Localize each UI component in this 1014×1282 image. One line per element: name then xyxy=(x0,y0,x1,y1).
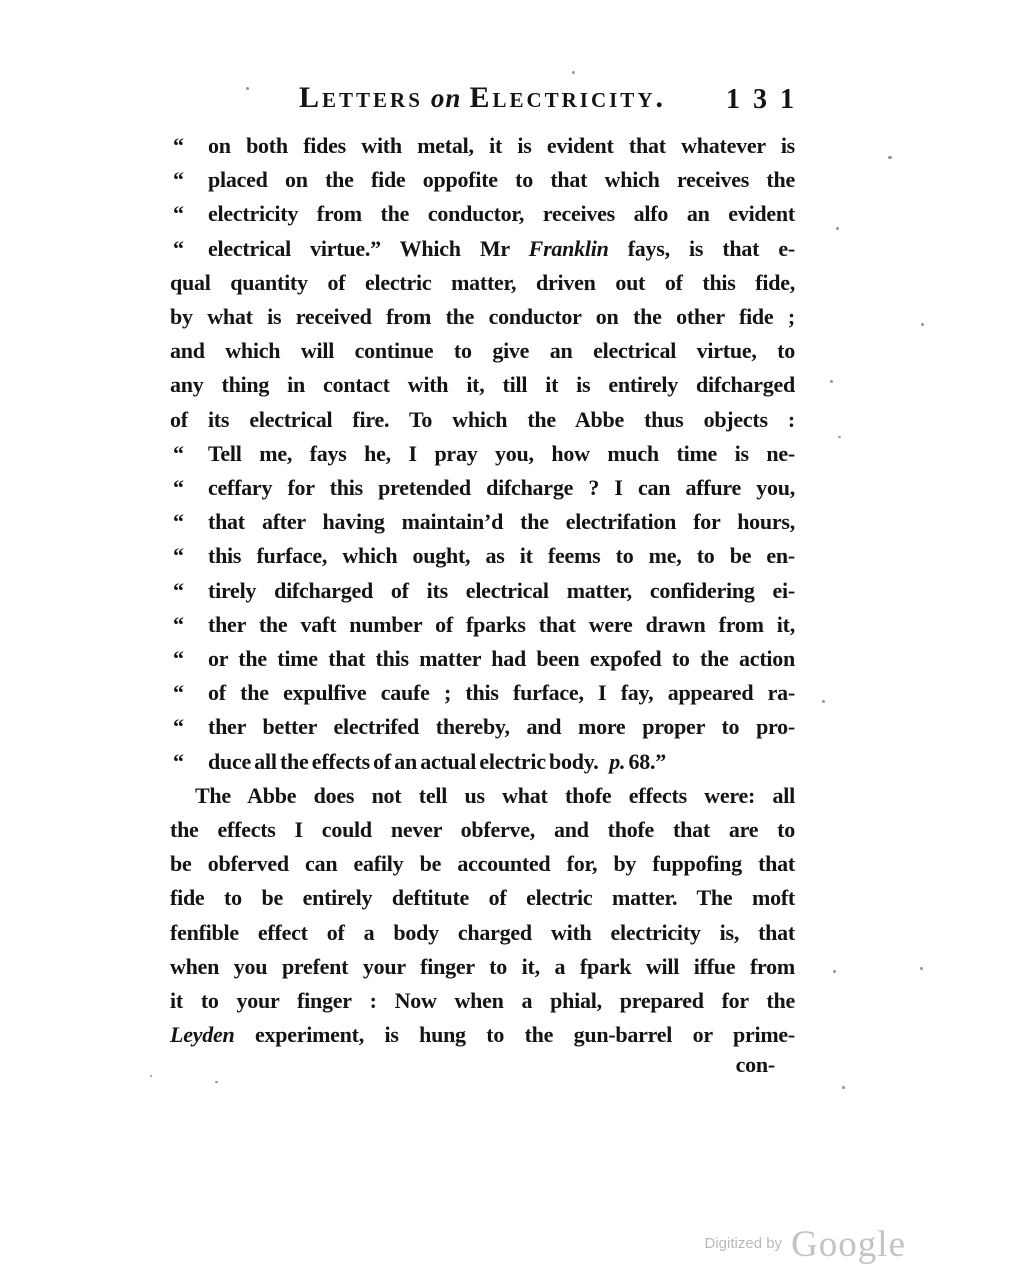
scan-speck xyxy=(842,1086,845,1089)
running-title: LettersonElectricity. xyxy=(170,82,795,114)
page-header: LettersonElectricity. 131 xyxy=(170,82,795,118)
quote-mark: “ xyxy=(173,163,184,197)
text-segment: the effects I could never obferve, and t… xyxy=(170,817,795,842)
text-segment: fenfible effect of a body charged with e… xyxy=(170,920,795,945)
text-segment: by what is received from the conductor o… xyxy=(170,304,795,329)
scan-speck xyxy=(920,967,923,970)
italic-text-segment: p. xyxy=(609,749,625,774)
text-segment: tirely difcharged of its electrical matt… xyxy=(208,578,795,603)
text-segment: and which will continue to give an elect… xyxy=(170,338,795,363)
quote-mark: “ xyxy=(173,539,184,573)
text-line: and which will continue to give an elect… xyxy=(170,334,795,368)
scan-speck xyxy=(836,227,839,230)
running-title-word-1: Letters xyxy=(299,81,423,114)
text-line: “on both fides with metal, it is evident… xyxy=(170,129,795,163)
text-segment: of its electrical fire. To which the Abb… xyxy=(170,407,795,432)
scan-speck xyxy=(572,71,575,74)
text-segment: fays, is that e- xyxy=(609,236,795,261)
text-segment: experiment, is hung to the gun-barrel or… xyxy=(234,1022,795,1047)
scan-speck xyxy=(921,323,924,326)
quote-mark: “ xyxy=(173,197,184,231)
text-line: fenfible effect of a body charged with e… xyxy=(170,916,795,950)
text-segment: it to your finger : Now when a phial, pr… xyxy=(170,988,795,1013)
text-line: “or the time that this matter had been e… xyxy=(170,642,795,676)
quote-mark: “ xyxy=(173,505,184,539)
text-segment: this furface, which ought, as it feems t… xyxy=(208,543,795,568)
text-line: “electricity from the conductor, receive… xyxy=(170,197,795,231)
scan-speck xyxy=(150,1075,152,1077)
quote-mark: “ xyxy=(173,437,184,471)
text-line: any thing in contact with it, till it is… xyxy=(170,368,795,402)
book-page: LettersonElectricity. 131 “on both fides… xyxy=(0,0,1014,1282)
text-segment: of the expulfive caufe ; this furface, I… xyxy=(208,680,795,705)
text-line: “of the expulfive caufe ; this furface, … xyxy=(170,676,795,710)
catchword: con- xyxy=(736,1052,775,1077)
text-segment: 68.” xyxy=(625,749,666,774)
quote-mark: “ xyxy=(173,574,184,608)
text-segment: be obferved can eafily be accounted for,… xyxy=(170,851,795,876)
scan-speck xyxy=(830,380,833,383)
quote-mark: “ xyxy=(173,129,184,163)
scan-speck xyxy=(888,156,892,159)
text-segment: ther better electrifed thereby, and more… xyxy=(208,714,795,739)
text-line: by what is received from the conductor o… xyxy=(170,300,795,334)
running-title-word-2: on xyxy=(431,83,462,113)
text-line: it to your finger : Now when a phial, pr… xyxy=(170,984,795,1018)
text-segment: ther the vaft number of fparks that were… xyxy=(208,612,795,637)
text-line: “ther the vaft number of fparks that wer… xyxy=(170,608,795,642)
catchword-line: con- xyxy=(170,1052,795,1078)
quote-mark: “ xyxy=(173,642,184,676)
text-line: when you prefent your finger to it, a fp… xyxy=(170,950,795,984)
text-line: “that after having maintain’d the electr… xyxy=(170,505,795,539)
italic-text-segment: Franklin xyxy=(529,236,609,261)
text-line: “duce all the effects of an actual elect… xyxy=(170,745,795,779)
scan-speck xyxy=(246,87,249,90)
google-logo: Google xyxy=(791,1224,906,1265)
text-segment: placed on the fide oppofite to that whic… xyxy=(208,167,795,192)
text-segment: or the time that this matter had been ex… xyxy=(208,646,795,671)
text-line: “Tell me, fays he, I pray you, how much … xyxy=(170,437,795,471)
text-segment: when you prefent your finger to it, a fp… xyxy=(170,954,795,979)
text-line: Leyden experiment, is hung to the gun-ba… xyxy=(170,1018,795,1052)
quote-mark: “ xyxy=(173,471,184,505)
text-line: fide to be entirely deftitute of electri… xyxy=(170,881,795,915)
scan-speck xyxy=(833,970,836,973)
text-line: be obferved can eafily be accounted for,… xyxy=(170,847,795,881)
text-line: qual quantity of electric matter, driven… xyxy=(170,266,795,300)
page-number: 131 xyxy=(726,84,807,116)
text-line: “ceffary for this pretended difcharge ? … xyxy=(170,471,795,505)
watermark: Digitized byGoogle xyxy=(705,1223,906,1266)
quote-mark: “ xyxy=(173,608,184,642)
text-line: “this furface, which ought, as it feems … xyxy=(170,539,795,573)
text-segment: ceffary for this pretended difcharge ? I… xyxy=(208,475,795,500)
text-line: “ther better electrifed thereby, and mor… xyxy=(170,710,795,744)
text-segment: qual quantity of electric matter, driven… xyxy=(170,270,795,295)
text-line: “electrical virtue.” Which Mr Franklin f… xyxy=(170,232,795,266)
quote-mark: “ xyxy=(173,745,184,779)
text-line: “placed on the fide oppofite to that whi… xyxy=(170,163,795,197)
text-segment: duce all the effects of an actual electr… xyxy=(208,749,609,774)
running-title-word-3: Electricity. xyxy=(469,81,666,114)
text-line: “tirely difcharged of its electrical mat… xyxy=(170,574,795,608)
text-segment: The Abbe does not tell us what thofe eff… xyxy=(195,783,795,808)
scan-speck xyxy=(822,700,825,703)
text-segment: that after having maintain’d the electri… xyxy=(208,509,795,534)
text-segment: electricity from the conductor, receives… xyxy=(208,201,795,226)
watermark-prefix: Digitized by xyxy=(705,1235,783,1252)
scan-speck xyxy=(838,436,841,438)
text-segment: any thing in contact with it, till it is… xyxy=(170,372,795,397)
text-segment: electrical virtue.” Which Mr xyxy=(208,236,529,261)
text-segment: fide to be entirely deftitute of electri… xyxy=(170,885,795,910)
page-body: “on both fides with metal, it is evident… xyxy=(170,129,795,1052)
quote-mark: “ xyxy=(173,232,184,266)
text-line: of its electrical fire. To which the Abb… xyxy=(170,403,795,437)
scan-speck xyxy=(215,1081,218,1083)
quote-mark: “ xyxy=(173,676,184,710)
text-line: the effects I could never obferve, and t… xyxy=(170,813,795,847)
italic-text-segment: Leyden xyxy=(170,1022,234,1047)
quote-mark: “ xyxy=(173,710,184,744)
text-line: The Abbe does not tell us what thofe eff… xyxy=(170,779,795,813)
text-segment: Tell me, fays he, I pray you, how much t… xyxy=(208,441,795,466)
text-segment: on both fides with metal, it is evident … xyxy=(208,133,795,158)
